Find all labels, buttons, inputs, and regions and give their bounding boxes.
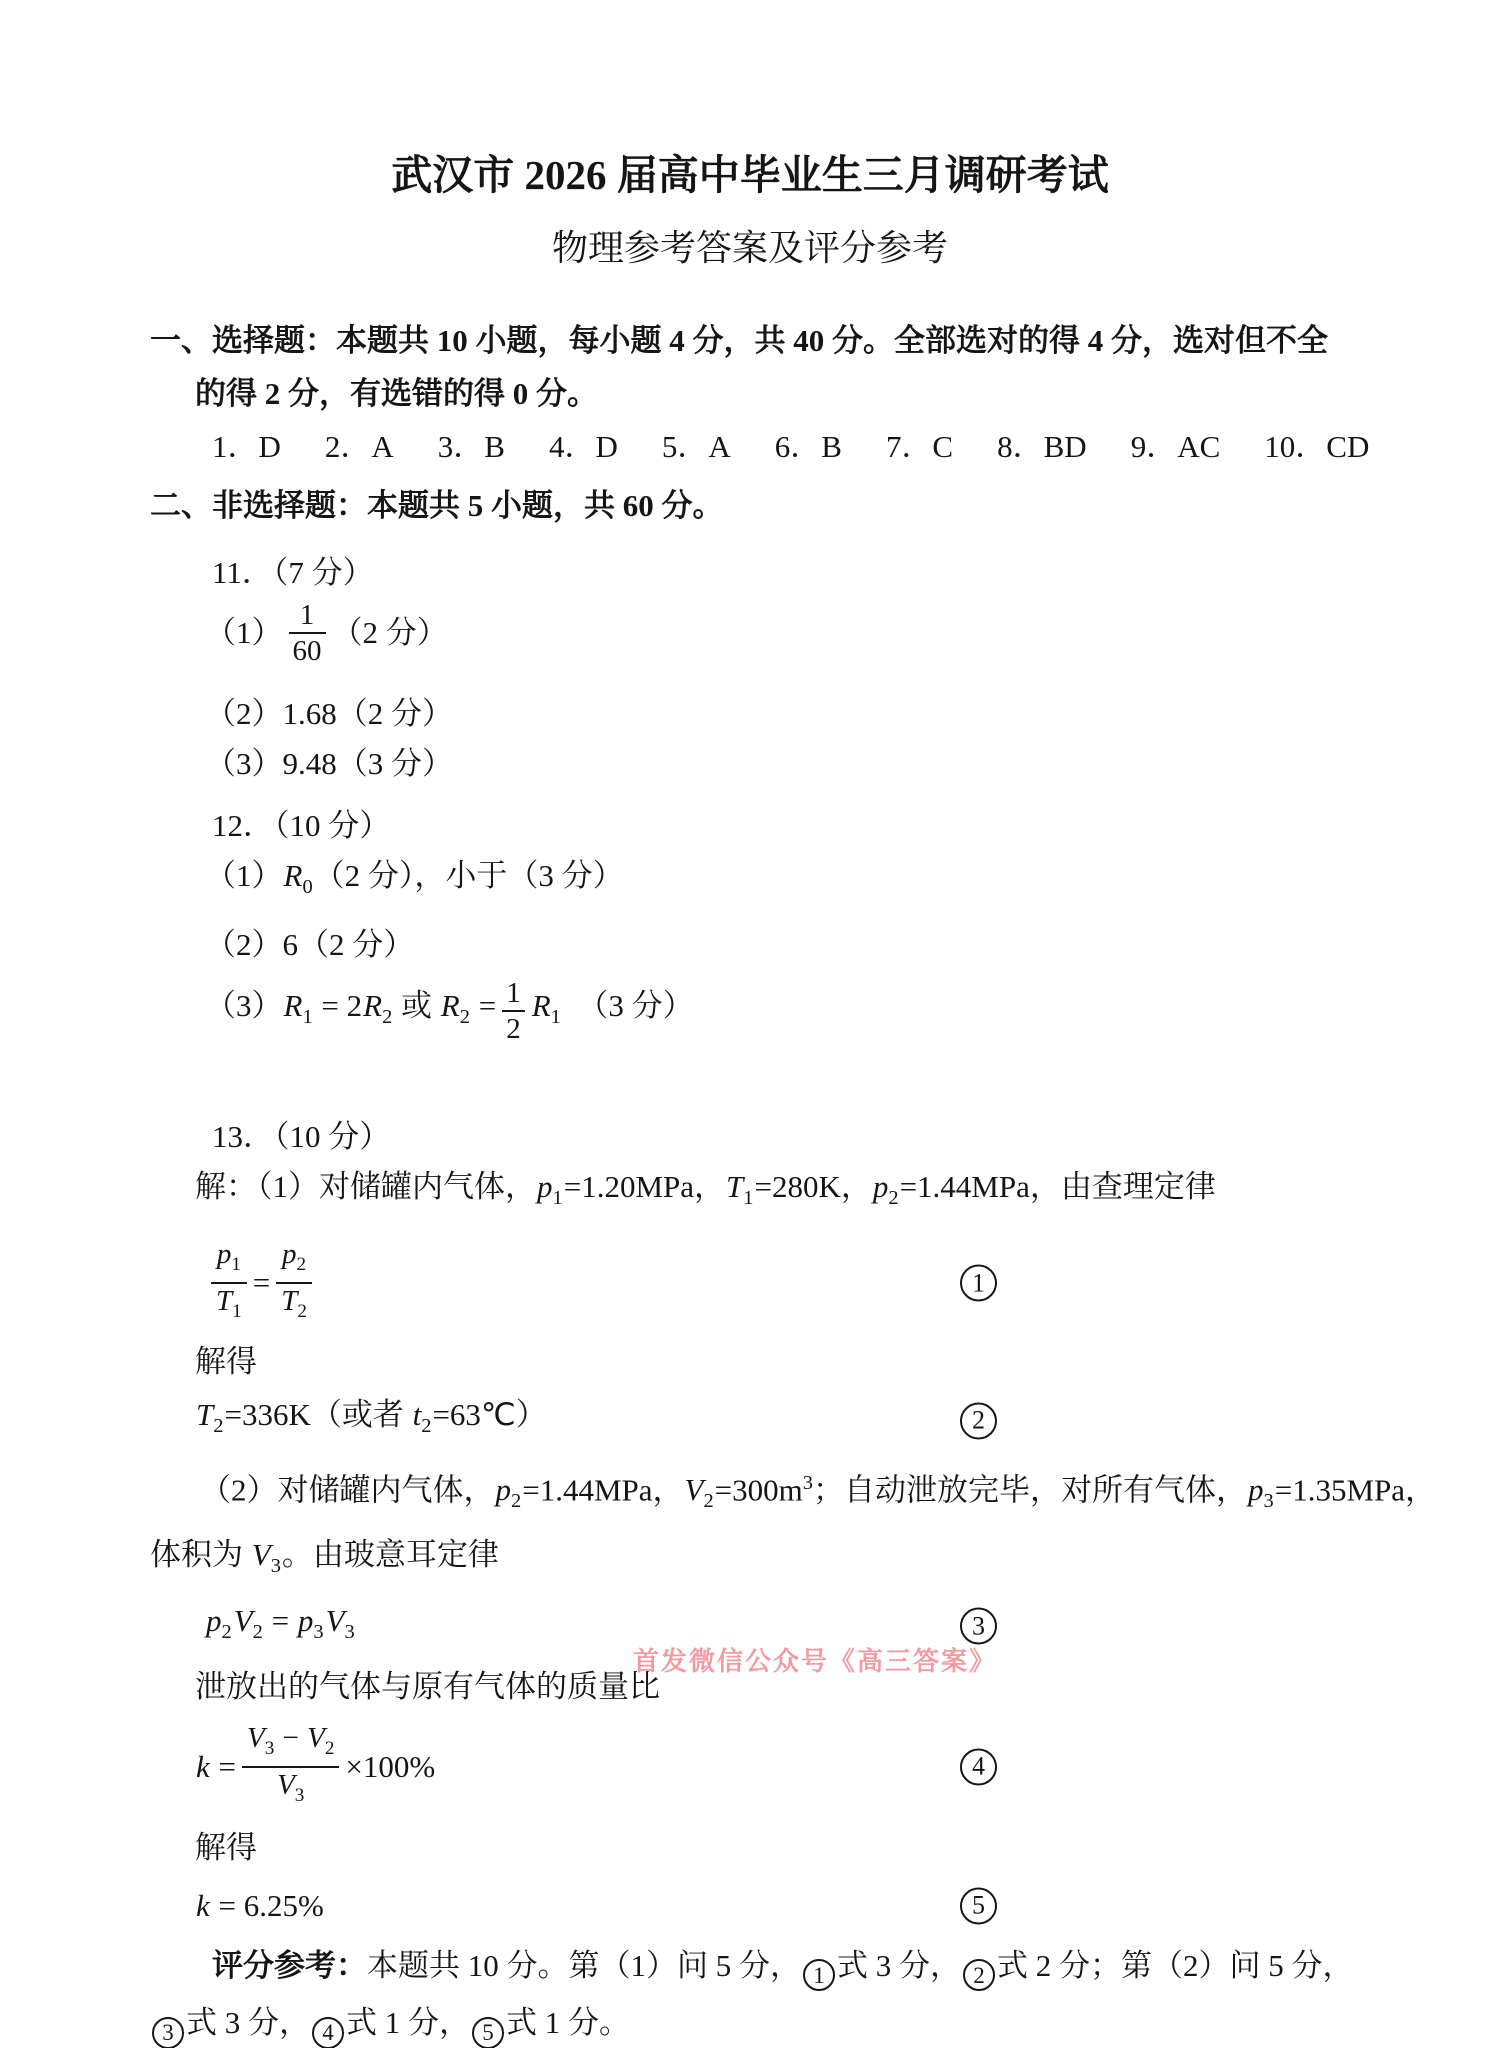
- page-title: 武汉市 2026 届高中毕业生三月调研考试: [150, 150, 1350, 200]
- fraction-numerator: p1: [212, 1237, 246, 1282]
- result-t2-line: T2=336K（或者 t2=63℃） 2: [150, 1394, 1350, 1447]
- answer-item-6: 6．B: [775, 426, 842, 468]
- q12-item-3: （3）R1 = 2R2 或 R2 = 1 2 R1 （3 分）: [150, 976, 1350, 1046]
- equation-mark-1: 1: [960, 1265, 997, 1302]
- answer-item-10: 10．CD: [1264, 426, 1369, 468]
- solve-label-1: 解得: [150, 1341, 1350, 1383]
- watermark: 首发微信公众号《高三答案》: [633, 1641, 997, 1678]
- q11-label: 11．（7 分）: [150, 552, 1350, 594]
- choice-section-heading-line2: 的得 2 分，有选错的得 0 分。: [150, 367, 1350, 420]
- solve-label-2: 解得: [150, 1827, 1350, 1869]
- answer-item-9: 9．AC: [1131, 426, 1221, 468]
- answer-item-3: 3．B: [438, 426, 505, 468]
- equation-5: k = 6.25% 5: [150, 1885, 1350, 1927]
- answer-item-8: 8．BD: [997, 426, 1087, 468]
- fraction-p2-T2: p2 T2: [276, 1237, 312, 1329]
- fraction-p1-T1: p1 T1: [211, 1237, 247, 1329]
- fraction-1-60: 1 60: [289, 598, 326, 668]
- circled-number-4: 4: [312, 2017, 344, 2048]
- answer-item-2: 2．A: [325, 426, 394, 468]
- nonchoice-section-heading: 二、非选择题：本题共 5 小题，共 60 分。: [150, 479, 1350, 532]
- circled-number-5: 5: [472, 2017, 504, 2048]
- scoring-note-line2: 3式 3 分，4式 1 分，5式 1 分。: [150, 2002, 1350, 2048]
- q12-item-1: （1）R0（2 分），小于（3 分）: [150, 855, 1350, 908]
- q12-label: 12．（10 分）: [150, 805, 1350, 847]
- equation-mark-3: 3: [960, 1608, 997, 1645]
- fraction-numerator: p2: [277, 1237, 311, 1282]
- answer-sheet-page: 武汉市 2026 届高中毕业生三月调研考试 物理参考答案及评分参考 一、选择题：…: [0, 0, 1495, 2048]
- q13-solution-intro: 解：（1）对储罐内气体，p1=1.20MPa，T1=280K，p2=1.44MP…: [150, 1166, 1350, 1219]
- equation-3-body: p2V2 = p3V3: [205, 1603, 356, 1638]
- fraction-denominator: 2: [502, 1012, 525, 1046]
- fraction-denominator: V3: [272, 1768, 309, 1813]
- q13-para2-line1: （2）对储罐内气体，p2=1.44MPa，V2=300m3；自动泄放完毕，对所有…: [150, 1462, 1350, 1523]
- equation-4: k = V3 − V2 V3 ×100% 4: [150, 1721, 1350, 1813]
- q11-item-2: （2）1.68（2 分）: [150, 693, 1350, 735]
- equation-mark-4: 4: [960, 1748, 997, 1785]
- answer-item-1: 1．D: [212, 426, 281, 468]
- q11-item-1-prefix: （1）: [205, 612, 283, 654]
- equation-1: p1 T1 = p2 T2 1: [150, 1237, 1350, 1329]
- page-content: 武汉市 2026 届高中毕业生三月调研考试 物理参考答案及评分参考 一、选择题：…: [150, 150, 1350, 2048]
- equation-4-rhs: ×100%: [345, 1746, 435, 1788]
- answer-item-7: 7．C: [886, 426, 953, 468]
- q12-item-3-lhs: （3）R1 = 2R2 或 R2 =: [205, 985, 496, 1038]
- fraction-denominator: T2: [276, 1284, 312, 1329]
- equation-5-body: k = 6.25%: [195, 1888, 324, 1923]
- fraction-numerator: 1: [296, 598, 319, 632]
- choice-answers-row: 1．D 2．A 3．B 4．D 5．A 6．B 7．C 8．BD 9．AC 10…: [150, 426, 1350, 468]
- choice-section-heading-line1: 一、选择题：本题共 10 小题，每小题 4 分，共 40 分。全部选对的得 4 …: [150, 314, 1350, 367]
- q11-item-1-score: （2 分）: [332, 612, 448, 654]
- equation-4-lhs: k =: [195, 1746, 236, 1788]
- equals-sign: =: [253, 1262, 270, 1304]
- q12-item-2: （2）6（2 分）: [150, 924, 1350, 966]
- circled-number-2: 2: [963, 1959, 995, 1991]
- answer-item-5: 5．A: [662, 426, 731, 468]
- fraction-numerator: 1: [502, 976, 525, 1010]
- q11-item-3: （3）9.48（3 分）: [150, 743, 1350, 785]
- q13-label: 13．（10 分）: [150, 1116, 1350, 1158]
- result-t2-text: T2=336K（或者 t2=63℃）: [195, 1397, 547, 1432]
- circled-number-3: 3: [152, 2017, 184, 2048]
- q11-item-1: （1） 1 60 （2 分）: [150, 598, 1350, 668]
- page-subtitle: 物理参考答案及评分参考: [150, 226, 1350, 270]
- equation-mark-2: 2: [960, 1402, 997, 1439]
- q13-para2-line2: 体积为 V3。由玻意耳定律: [150, 1534, 1350, 1587]
- scoring-note-line1: 评分参考：本题共 10 分。第（1）问 5 分，1式 3 分，2式 2 分；第（…: [150, 1945, 1350, 1992]
- q12-item-3-rhs: R1 （3 分）: [531, 985, 694, 1038]
- fraction-1-2: 1 2: [502, 976, 525, 1046]
- fraction-denominator: T1: [211, 1284, 247, 1329]
- fraction-V3-V2-over-V3: V3 − V2 V3: [242, 1721, 339, 1813]
- fraction-numerator: V3 − V2: [242, 1721, 339, 1766]
- equation-mark-5: 5: [960, 1887, 997, 1924]
- circled-number-1: 1: [803, 1959, 835, 1991]
- fraction-denominator: 60: [289, 634, 326, 668]
- answer-item-4: 4．D: [549, 426, 618, 468]
